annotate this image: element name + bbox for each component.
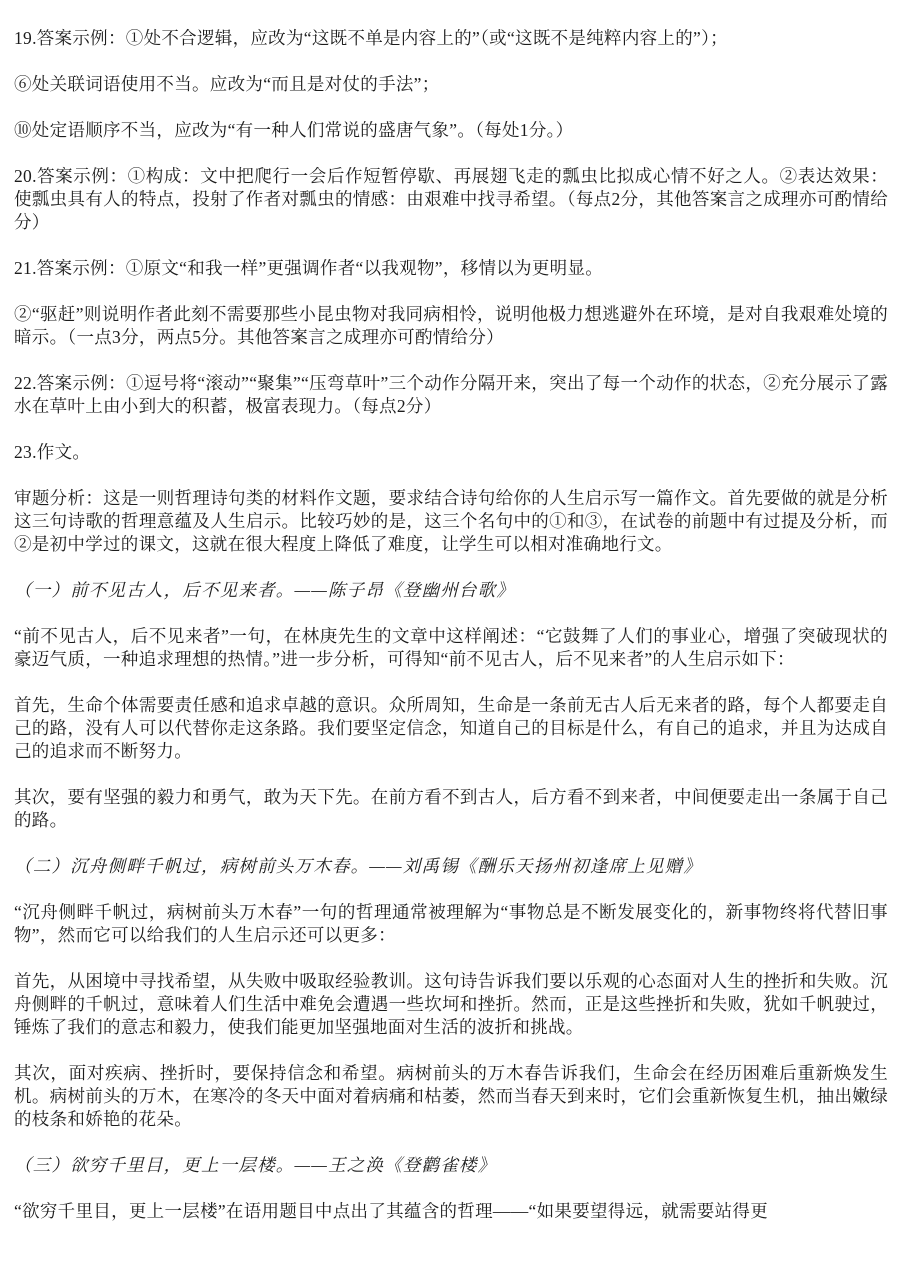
answer-19-point-10: ⑩处定语顺序不当，应改为“有一种人们常说的盛唐气象”。（每处1分。） (14, 119, 888, 142)
quote-2-insight-first: 首先，从困境中寻找希望，从失败中吸取经验教训。这句诗告诉我们要以乐观的心态面对人… (14, 970, 888, 1039)
answer-21-point-1: 21.答案示例：①原文“和我一样”更强调作者“以我观物”，移情以为更明显。 (14, 257, 888, 280)
quote-1-insight-first: 首先，生命个体需要责任感和追求卓越的意识。众所周知，生命是一条前无古人后无来者的… (14, 694, 888, 763)
quote-2-intro: “沉舟侧畔千帆过，病树前头万木春”一句的哲理通常被理解为“事物总是不断发展变化的… (14, 901, 888, 947)
answer-21-point-2: ②“驱赶”则说明作者此刻不需要那些小昆虫物对我同病相怜，说明他极力想逃避外在环境… (14, 303, 888, 349)
document-page: 19.答案示例：①处不合逻辑，应改为“这既不单是内容上的”（或“这既不是纯粹内容… (0, 0, 900, 1273)
quote-3-intro-truncated: “欲穷千里目，更上一层楼”在语用题目中点出了其蕴含的哲理——“如果要望得远，就需… (14, 1200, 888, 1223)
quote-1-heading: （一）前不见古人，后不见来者。——陈子昂《登幽州台歌》 (14, 579, 888, 602)
quote-1-intro: “前不见古人，后不见来者”一句，在林庚先生的文章中这样阐述：“它鼓舞了人们的事业… (14, 625, 888, 671)
quote-1-insight-second: 其次，要有坚强的毅力和勇气，敢为天下先。在前方看不到古人，后方看不到来者，中间便… (14, 786, 888, 832)
essay-topic-analysis: 审题分析：这是一则哲理诗句类的材料作文题，要求结合诗句给你的人生启示写一篇作文。… (14, 487, 888, 556)
answer-19-point-6: ⑥处关联词语使用不当。应改为“而且是对仗的手法”； (14, 73, 888, 96)
quote-2-insight-second: 其次，面对疾病、挫折时，要保持信念和希望。病树前头的万木春告诉我们，生命会在经历… (14, 1062, 888, 1131)
answer-22: 22.答案示例：①逗号将“滚动”“聚集”“压弯草叶”三个动作分隔开来，突出了每一… (14, 372, 888, 418)
quote-3-heading: （三）欲穷千里目，更上一层楼。——王之涣《登鹳雀楼》 (14, 1154, 888, 1177)
answer-19-point-1: 19.答案示例：①处不合逻辑，应改为“这既不单是内容上的”（或“这既不是纯粹内容… (14, 27, 888, 50)
answer-23-essay-label: 23.作文。 (14, 441, 888, 464)
answer-20: 20.答案示例：①构成：文中把爬行一会后作短暂停歇、再展翅飞走的瓢虫比拟成心情不… (14, 165, 888, 234)
quote-2-heading: （二）沉舟侧畔千帆过，病树前头万木春。——刘禹锡《酬乐天扬州初逢席上见赠》 (14, 855, 888, 878)
